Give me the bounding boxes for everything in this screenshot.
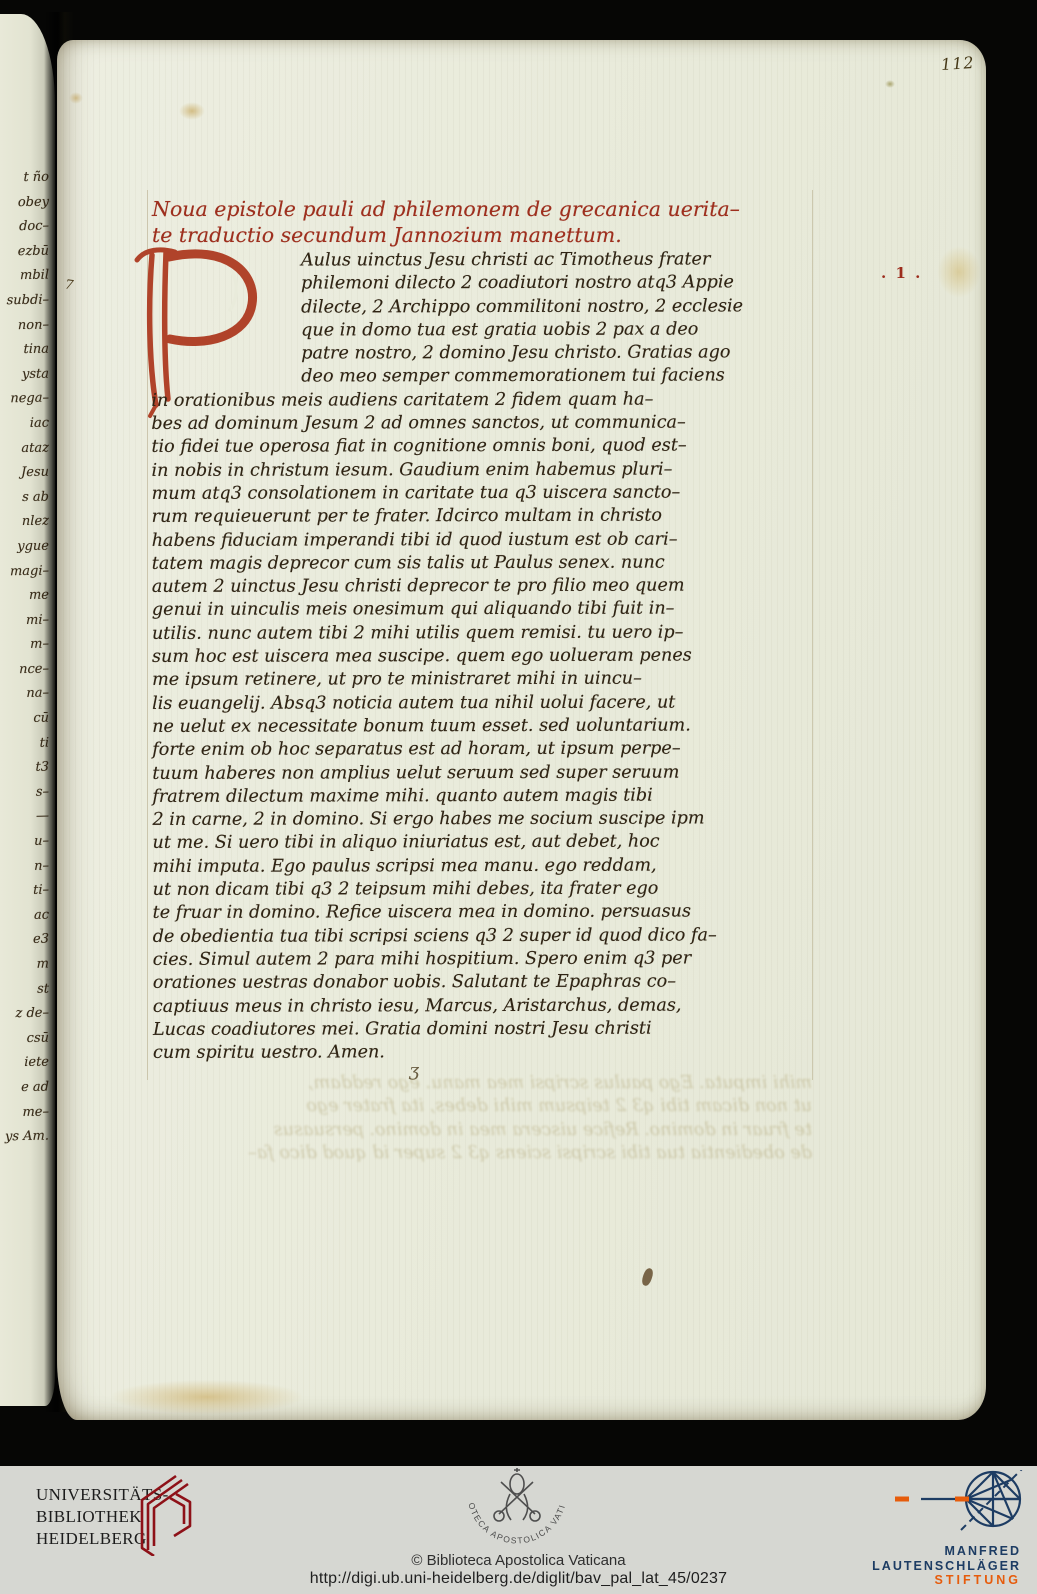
foundation-name-line: MANFRED <box>872 1544 1021 1559</box>
vatican-library-seal-icon: BIBLIOTECA APOSTOLICA VATICANA <box>455 1468 579 1560</box>
fragment-text: iete <box>0 1051 49 1076</box>
text-line: tio fidei tue operosa fiat in cognitione… <box>151 434 851 459</box>
text-line: in orationibus meis audiens caritatem 2 … <box>151 388 851 413</box>
fragment-text: cū <box>0 707 49 732</box>
fragment-text: t ño <box>0 166 49 191</box>
fragment-text: ti <box>0 731 49 756</box>
manuscript-text-block: Aulus uinctus Jesu christi ac Timotheus … <box>151 248 853 1065</box>
text-line: me ipsum retinere, ut pro te ministraret… <box>152 667 852 692</box>
source-url: http://digi.ub.uni-heidelberg.de/diglit/… <box>310 1570 727 1588</box>
fragment-text: tina <box>0 338 49 363</box>
fragment-text: e ad <box>0 1076 49 1101</box>
ink-fleck <box>640 1267 654 1287</box>
bleed-line: de obedientia tua tibi scripsi sciens q3… <box>152 1142 812 1165</box>
text-line: cum spiritu uestro. Amen. <box>153 1040 853 1065</box>
fragment-text: ysta <box>0 362 49 387</box>
facing-page-line-fragments: t ñoobeydoc–ezbūmbilsubdi–non–tinaystane… <box>0 166 49 1151</box>
foundation-name-line: LAUTENSCHLÄGER <box>872 1559 1021 1574</box>
fragment-text: t3 <box>0 756 49 781</box>
fragment-text: magi– <box>0 559 49 584</box>
text-line: de obedientia tua tibi scripsi sciens q3… <box>153 924 853 949</box>
text-line: Lucas coadiutores mei. Gratia domini nos… <box>153 1017 853 1042</box>
page-edge-stain <box>112 1380 302 1414</box>
fragment-text: ti– <box>0 879 49 904</box>
text-line: genui in uinculis meis onesimum qui aliq… <box>152 598 852 623</box>
fragment-text: doc– <box>0 215 49 240</box>
fragment-text: csū <box>0 1026 49 1051</box>
text-line: te fruar in domino. Refice uiscera mea i… <box>153 900 853 925</box>
fragment-text: Jesu <box>0 461 49 486</box>
text-line: Aulus uinctus Jesu christi ac Timotheus … <box>301 248 851 273</box>
fragment-text: subdi– <box>0 289 49 314</box>
page-stain <box>179 102 205 120</box>
fragment-text: ac <box>0 903 49 928</box>
fragment-text: n– <box>0 854 49 879</box>
text-line: tatem magis deprecor cum sis talis ut Pa… <box>152 551 852 576</box>
ub-heidelberg-logo-icon <box>126 1472 192 1556</box>
text-line: que in domo tua est gratia uobis 2 pax a… <box>301 318 851 343</box>
bleed-line: ut non dicam tibi q3 2 teipsum mihi debe… <box>152 1095 812 1118</box>
fragment-text: m– <box>0 633 49 658</box>
fragment-text: na– <box>0 682 49 707</box>
text-line: in nobis in christum iesum. Gaudium enim… <box>151 458 851 483</box>
fragment-text: ygue <box>0 534 49 559</box>
text-line: utilis. nunc autem tibi 2 mihi utilis qu… <box>152 621 852 646</box>
fragment-text: m <box>0 953 49 978</box>
manuscript-page: 112 . 1 . 7 Noua epistole pauli ad phile… <box>57 40 986 1420</box>
text-line: mihi imputa. Ego paulus scripsi mea manu… <box>153 854 853 879</box>
rubric-line: Noua epistole pauli ad philemonem de gre… <box>152 196 842 222</box>
fragment-text: — <box>0 805 49 830</box>
fragment-text: st <box>0 977 49 1002</box>
chapter-number: . 1 . <box>881 264 922 282</box>
text-line: orationes uestras donabor uobis. Salutan… <box>153 970 853 995</box>
folio-number: 112 <box>940 53 975 74</box>
text-line: ut non dicam tibi q3 2 teipsum mihi debe… <box>153 877 853 902</box>
text-line: mum atq3 consolationem in caritate tua q… <box>152 481 852 506</box>
fragment-text: obey <box>0 190 49 215</box>
text-line: deo meo semper commemorationem tui facie… <box>301 365 851 390</box>
text-line: rum requieuerunt per te frater. Idcirco … <box>152 504 852 529</box>
body-lines: in orationibus meis audiens caritatem 2 … <box>151 388 853 1065</box>
text-line: fratrem dilectum maxime mihi. quanto aut… <box>152 784 852 809</box>
text-line: lis euangelij. Absq3 noticia autem tua n… <box>152 691 852 716</box>
fragment-text: nce– <box>0 657 49 682</box>
foundation-name-line: STIFTUNG <box>872 1573 1021 1588</box>
text-line: captiuus meus in christo iesu, Marcus, A… <box>153 994 853 1019</box>
fragment-text: ataz <box>0 436 49 461</box>
text-line: bes ad dominum Jesum 2 ad omnes sanctos,… <box>151 411 851 436</box>
fragment-text: mi– <box>0 608 49 633</box>
page-stain <box>885 80 895 88</box>
foundation-name: MANFRED LAUTENSCHLÄGER STIFTUNG <box>872 1544 1021 1588</box>
fragment-text: z de– <box>0 1002 49 1027</box>
page-stain <box>937 246 981 298</box>
digitized-manuscript-viewer: { "manuscript": { "folio_number": "112",… <box>0 0 1037 1594</box>
fragment-text: e3 <box>0 928 49 953</box>
fragment-text: me <box>0 584 49 609</box>
rubric-title: Noua epistole pauli ad philemonem de gre… <box>152 196 842 248</box>
bleed-line: te fruar in domino. Refice uiscera mea i… <box>152 1119 812 1142</box>
orange-dash <box>955 1497 969 1502</box>
text-line: habens fiduciam imperandi tibi id quod i… <box>152 528 852 553</box>
text-line: 2 in carne, 2 in domino. Si ergo habes m… <box>152 807 852 832</box>
text-line: forte enim ob hoc separatus est ad horam… <box>152 737 852 762</box>
margin-mark: 7 <box>64 277 74 293</box>
text-line: dilecte, 2 Archippo commilitoni nostro, … <box>301 295 851 320</box>
fragment-text: ezbū <box>0 239 49 264</box>
footer-bar: UNIVERSITÄTS-BIBLIOTHEKHEIDELBERG BIBLIO… <box>0 1466 1037 1594</box>
text-line: tuum haberes non amplius uelut seruum se… <box>152 761 852 786</box>
opening-lines: Aulus uinctus Jesu christi ac Timotheus … <box>151 248 851 390</box>
fragment-text: me– <box>0 1100 49 1125</box>
copyright-line: © Biblioteca Apostolica Vaticana <box>411 1552 625 1569</box>
fragment-text: nlez <box>0 510 49 535</box>
lautenschlaeger-stiftung-logo-icon <box>863 1470 1025 1534</box>
fragment-text: s ab <box>0 485 49 510</box>
text-line: cies. Simul autem 2 para mihi hospitium.… <box>153 947 853 972</box>
fragment-text: u– <box>0 830 49 855</box>
orange-dash <box>895 1497 909 1502</box>
text-line: ut me. Si uero tibi in aliquo iniuriatus… <box>152 831 852 856</box>
text-line: sum hoc est uiscera mea suscipe. quem eg… <box>152 644 852 669</box>
text-line: autem 2 uinctus Jesu christi deprecor te… <box>152 574 852 599</box>
fragment-text: nega– <box>0 387 49 412</box>
fragment-text: mbil <box>0 264 49 289</box>
text-line: ne uelut ex necessitate bonum tuum esset… <box>152 714 852 739</box>
page-stain <box>69 92 83 104</box>
fragment-text: s– <box>0 780 49 805</box>
fragment-text: ys Am. <box>0 1125 49 1150</box>
text-line: patre nostro, 2 domino Jesu christo. Gra… <box>301 341 851 366</box>
fragment-text: non– <box>0 313 49 338</box>
fragment-text: iac <box>0 412 49 437</box>
ink-bleedthrough: mihi imputa. Ego paulus scripsi mea manu… <box>152 1072 812 1165</box>
text-line: philemoni dilecto 2 coadiutori nostro at… <box>301 271 851 296</box>
bleed-line: mihi imputa. Ego paulus scripsi mea manu… <box>152 1072 812 1095</box>
